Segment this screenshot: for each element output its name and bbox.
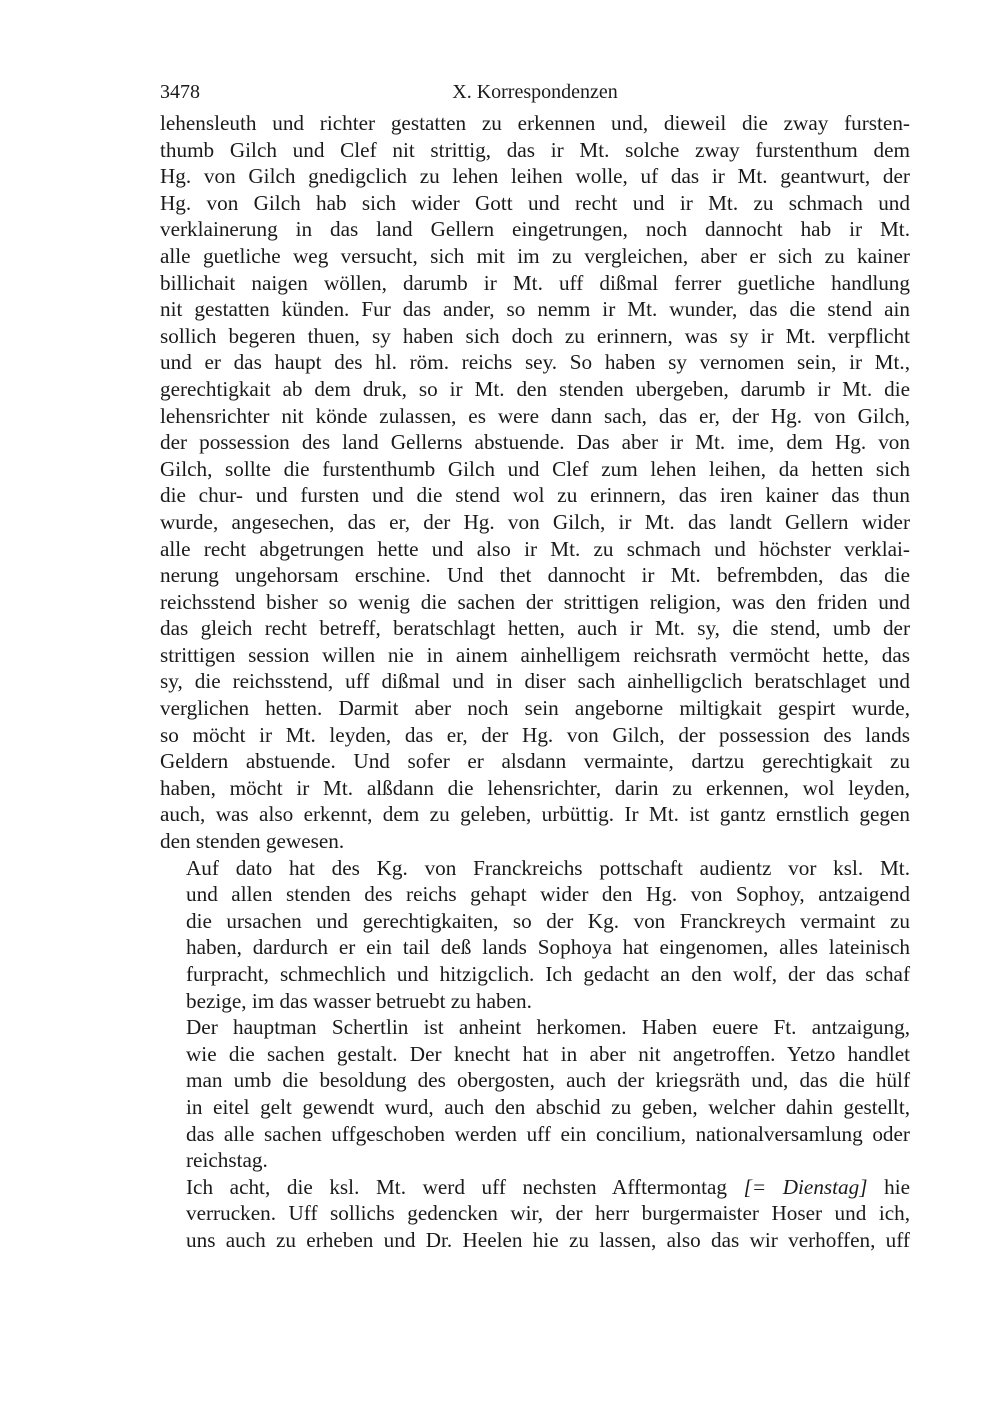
text-line: Auf dato hat des Kg. von Franckreichs po… xyxy=(160,855,910,882)
text-line: sy, die reichsstend, uff dißmal und in d… xyxy=(160,668,910,695)
text-line: alle recht abgetrungen hette und also ir… xyxy=(160,536,910,563)
text-line: furpracht, schmechlich und hitzigclich. … xyxy=(160,961,910,988)
paragraph-4: Ich acht, die ksl. Mt. werd uff nechsten… xyxy=(160,1174,910,1254)
paragraph-3: Der hauptman Schertlin ist anheint herko… xyxy=(160,1014,910,1174)
text-line: auch, was also erkennt, dem zu geleben, … xyxy=(160,801,910,828)
text-line: bezige, im das wasser betruebt zu haben. xyxy=(160,988,910,1015)
text-line: verklainerung in das land Gellern einget… xyxy=(160,216,910,243)
text-line: man umb die besoldung des obergosten, au… xyxy=(160,1067,910,1094)
body-text: lehensleuth und richter gestatten zu erk… xyxy=(160,110,910,1254)
text-line: Geldern abstuende. Und sofer er alsdann … xyxy=(160,748,910,775)
text-line: verglichen hetten. Darmit aber noch sein… xyxy=(160,695,910,722)
text-line: lehensleuth und richter gestatten zu erk… xyxy=(160,110,910,137)
text-line: nerung ungehorsam erschine. Und thet dan… xyxy=(160,562,910,589)
text-line: die ursachen und gerechtigkaiten, so der… xyxy=(160,908,910,935)
text-line: lehensrichter nit könde zulassen, es wer… xyxy=(160,403,910,430)
text-line: billichait naigen wöllen, darumb ir Mt. … xyxy=(160,270,910,297)
paragraph-1: lehensleuth und richter gestatten zu erk… xyxy=(160,110,910,855)
text-line: haben, möcht ir Mt. alßdann die lehensri… xyxy=(160,775,910,802)
text-line: Ich acht, die ksl. Mt. werd uff nechsten… xyxy=(160,1174,910,1201)
text-line: und er das haupt des hl. röm. reichs sey… xyxy=(160,349,910,376)
text-line: haben, dardurch er ein tail deß lands So… xyxy=(160,934,910,961)
text-line: in eitel gelt gewendt wurd, auch den abs… xyxy=(160,1094,910,1121)
text-line: alle guetliche weg versucht, sich mit im… xyxy=(160,243,910,270)
paragraph-2: Auf dato hat des Kg. von Franckreichs po… xyxy=(160,855,910,1015)
text-line: so möcht ir Mt. leyden, das er, der Hg. … xyxy=(160,722,910,749)
text-line: der possession des land Gellerns abstuen… xyxy=(160,429,910,456)
editorial-note: [= Dienstag] xyxy=(744,1175,868,1199)
document-page: 3478 X. Korrespondenzen lehensleuth und … xyxy=(160,78,910,1254)
section-title: X. Korrespondenzen xyxy=(160,78,910,106)
text-line: reichstag. xyxy=(160,1147,910,1174)
text-line: das gleich recht betreff, beratschlagt h… xyxy=(160,615,910,642)
text-line: uns auch zu erheben und Dr. Heelen hie z… xyxy=(160,1227,910,1254)
text-line: sollich begeren thuen, sy haben sich doc… xyxy=(160,323,910,350)
text-line: verrucken. Uff sollichs gedencken wir, d… xyxy=(160,1200,910,1227)
text-line: Hg. von Gilch gnedigclich zu lehen leihe… xyxy=(160,163,910,190)
text-line: nit gestatten künden. Fur das ander, so … xyxy=(160,296,910,323)
text-line: Hg. von Gilch hab sich wider Gott und re… xyxy=(160,190,910,217)
text-line: die chur- und fursten und die stend wol … xyxy=(160,482,910,509)
running-head: 3478 X. Korrespondenzen xyxy=(160,78,910,110)
text-line: den stenden gewesen. xyxy=(160,828,910,855)
text-line: und allen stenden des reichs gehapt wide… xyxy=(160,881,910,908)
text-line: Gilch, sollte die furstenthumb Gilch und… xyxy=(160,456,910,483)
text-line: wurde, angesechen, das er, der Hg. von G… xyxy=(160,509,910,536)
text-line: Der hauptman Schertlin ist anheint herko… xyxy=(160,1014,910,1041)
text-line: wie die sachen gestalt. Der knecht hat i… xyxy=(160,1041,910,1068)
text-line: strittigen session willen nie in ainem a… xyxy=(160,642,910,669)
text-line: thumb Gilch und Clef nit strittig, das i… xyxy=(160,137,910,164)
text-line: gerechtigkait ab dem druk, so ir Mt. den… xyxy=(160,376,910,403)
text-line: reichsstend bisher so wenig die sachen d… xyxy=(160,589,910,616)
text-line: das alle sachen uffgeschoben werden uff … xyxy=(160,1121,910,1148)
